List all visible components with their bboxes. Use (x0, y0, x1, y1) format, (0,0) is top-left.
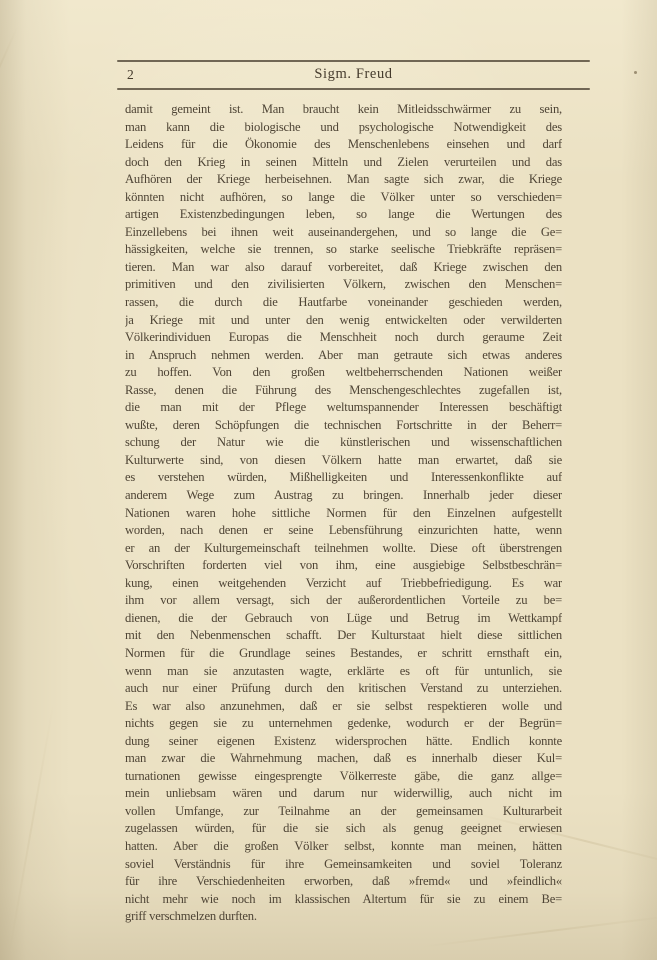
text-line: wenn man sie anzutasten wagte, erklärte … (125, 663, 562, 681)
text-line: Aufhören der Kriege herbeisehnen. Man sa… (125, 171, 562, 189)
text-line: mit den Nebenmenschen schafft. Der Kultu… (125, 627, 562, 645)
text-line: in Anspruch nehmen werden. Aber man getr… (125, 347, 562, 365)
text-line: anderem Wege zum Austrag zu bringen. Inn… (125, 487, 562, 505)
text-line: dung seiner eigenen Existenz widersproch… (125, 733, 562, 751)
text-line: turnationen gewisse eingesprengte Völker… (125, 768, 562, 786)
text-line: primitiven und den zivilisierten Völkern… (125, 276, 562, 294)
ink-speck (634, 71, 637, 74)
text-line: hatten. Aber die großen Völker selbst, k… (125, 838, 562, 856)
text-line: kung, einen weitgehenden Verzicht auf Tr… (125, 575, 562, 593)
text-line: Normen für die Grundlage seines Bestande… (125, 645, 562, 663)
text-line: Leidens für die Ökonomie des Menschenleb… (125, 136, 562, 154)
text-line: zugelassen würden, für die sie sich als … (125, 820, 562, 838)
text-line: worden, nach denen er seine Lebensführun… (125, 522, 562, 540)
text-line: damit gemeint ist. Man braucht kein Mitl… (125, 101, 562, 119)
text-line: artigen Existenzbedingungen leben, so la… (125, 206, 562, 224)
text-line: ihm vor allem versagt, sich der außerord… (125, 592, 562, 610)
text-line: ja Kriege mit und unter den wenig entwic… (125, 312, 562, 330)
text-line: rassen, die durch die Hautfarbe voneinan… (125, 294, 562, 312)
body-text: damit gemeint ist. Man braucht kein Mitl… (125, 101, 562, 926)
text-line: Einzellebens bei ihnen weit auseinanderg… (125, 224, 562, 242)
header-rule-top (117, 60, 590, 62)
text-line: vollen Umfange, zur Teilnahme an der gem… (125, 803, 562, 821)
text-line: man zwar die Wahrnehmung machen, daß es … (125, 750, 562, 768)
text-line: wußte, deren Schöpfungen die technischen… (125, 417, 562, 435)
running-head: Sigm. Freud (117, 66, 590, 83)
text-line: Vorschriften forderten viel von ihm, ein… (125, 557, 562, 575)
text-line: Völkerindividuen Europas die Menschheit … (125, 329, 562, 347)
text-line: für ihre Verschiedenheiten erworben, daß… (125, 873, 562, 891)
paper-crease (0, 26, 18, 164)
text-line: auch nur einer Prüfung durch den kritisc… (125, 680, 562, 698)
text-line: nichts gegen sie zu unternehmen gedenke,… (125, 715, 562, 733)
text-line: nicht mehr wie noch im klassischen Alter… (125, 891, 562, 909)
text-line: Es war also anzunehmen, daß er sie selbs… (125, 698, 562, 716)
text-line: hässigkeiten, welche sie trennen, so sta… (125, 241, 562, 259)
text-line: schung der Natur wie die künstlerischen … (125, 434, 562, 452)
text-line: er an der Kulturgemeinschaft teilnehmen … (125, 540, 562, 558)
header-rule-bottom (117, 88, 590, 90)
text-line: griff verschmelzen durften. (125, 908, 562, 926)
text-line: man kann die biologische und psychologis… (125, 119, 562, 137)
text-line: zu hoffen. Von den großen weltbeherrsche… (125, 364, 562, 382)
text-line: Kulturwerte sind, von diesen Völkern hat… (125, 452, 562, 470)
text-line: tieren. Man war also darauf vorbereitet,… (125, 259, 562, 277)
text-line: mein unliebsam wären und darum nur wider… (125, 785, 562, 803)
text-line: Nationen waren hohe sittliche Normen für… (125, 505, 562, 523)
paper-crease (7, 702, 54, 958)
text-line: soviel Verständnis für ihre Gemeinsamkei… (125, 856, 562, 874)
text-line: doch den Krieg in seinen Mitteln und Zie… (125, 154, 562, 172)
text-line: dienen, die der Gebrauch von Lüge und Be… (125, 610, 562, 628)
book-page-scan: 2 Sigm. Freud damit gemeint ist. Man bra… (0, 0, 657, 960)
text-line: könnten nicht aufhören, so lange die Völ… (125, 189, 562, 207)
text-line: die man mit der Pflege weltumspannender … (125, 399, 562, 417)
text-line: es verstehen würden, Mißhelligkeiten und… (125, 469, 562, 487)
text-line: Rasse, denen die Führung des Menschenges… (125, 382, 562, 400)
